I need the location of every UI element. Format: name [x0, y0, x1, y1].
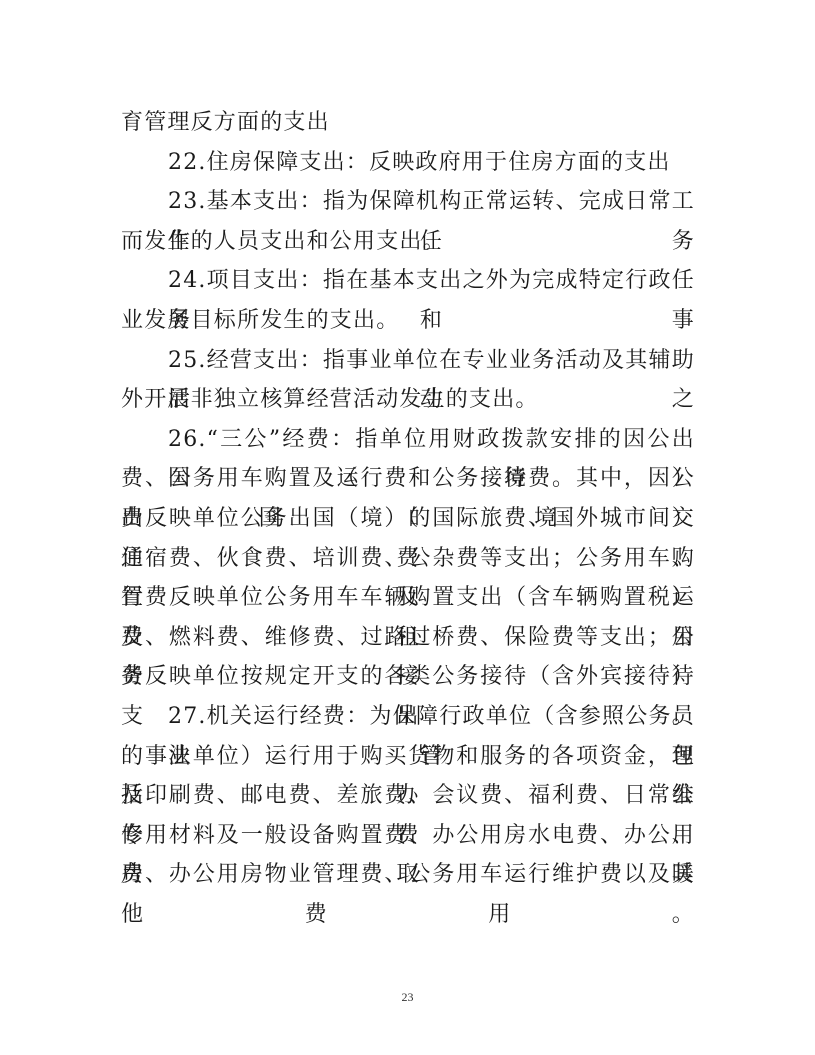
item-27-line-3: 及印刷费、邮电费、差旅费、会议费、福利费、日常维修费、 — [121, 776, 695, 816]
item-25-line-1: 25.经营支出：指事业单位在专业业务活动及其辅助活动之 — [121, 341, 695, 381]
item-26-line-2: 费、公务用车购置及运行费和公务接待费。其中，因公出国（境） — [121, 459, 695, 499]
text-line-0: 育管理反方面的支出 — [121, 103, 695, 143]
item-27-line-2: 的事业单位）运行用于购买货物和服务的各项资金，包括办公 — [121, 737, 695, 777]
item-24-line-1: 24.项目支出：指在基本支出之外为完成特定行政任务和事 — [121, 261, 695, 301]
document-page: 育管理反方面的支出 22.住房保障支出：反映政府用于住房方面的支出 23.基本支… — [0, 0, 815, 1055]
item-26-line-1: 26.“三公”经费：指单位用财政拨款安排的因公出国（境） — [121, 420, 695, 460]
item-26-line-5: 行费反映单位公务用车车辆购置支出（含车辆购置税）及租用 — [121, 578, 695, 618]
item-27-line-1: 27.机关运行经费：为保障行政单位（含参照公务员法管理 — [121, 697, 695, 737]
body-text: 育管理反方面的支出 22.住房保障支出：反映政府用于住房方面的支出 23.基本支… — [121, 103, 695, 895]
page-number: 23 — [0, 990, 815, 1005]
item-22-line-1: 22.住房保障支出：反映政府用于住房方面的支出 — [121, 143, 695, 183]
item-27-line-5: 费、办公用房物业管理费、公务用车运行维护费以及其他费用。 — [121, 855, 695, 895]
item-26-line-6: 费、燃料费、维修费、过路过桥费、保险费等支出；公务接待 — [121, 618, 695, 658]
item-27-line-4: 专用材料及一般设备购置费、办公用房水电费、办公用房取暖 — [121, 816, 695, 856]
item-26-line-4: 住宿费、伙食费、培训费、公杂费等支出；公务用车购置及运 — [121, 539, 695, 579]
item-23-line-1: 23.基本支出：指为保障机构正常运转、完成日常工作任务 — [121, 182, 695, 222]
item-26-line-7: 费反映单位按规定开支的各类公务接待（含外宾接待）支出。 — [121, 657, 695, 697]
item-26-line-3: 费反映单位公务出国（境）的国际旅费、国外城市间交通费、 — [121, 499, 695, 539]
